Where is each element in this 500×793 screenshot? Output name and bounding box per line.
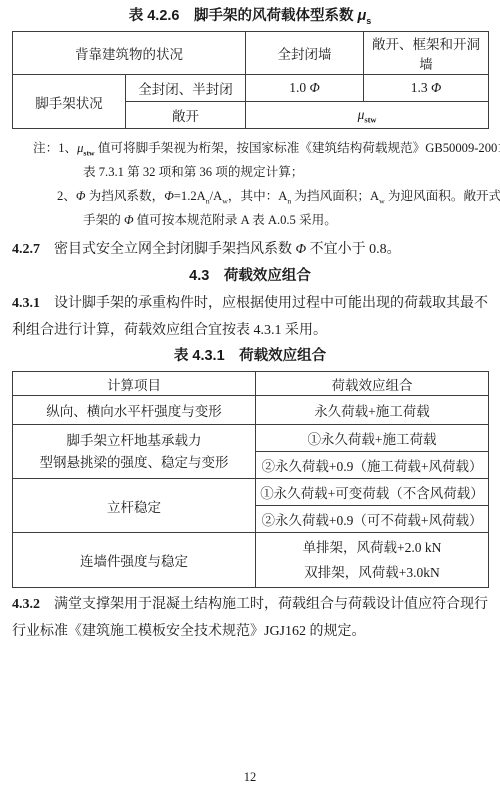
table1-open-value: μstw bbox=[246, 102, 489, 129]
table2-row2-item-line1: 脚手架立杆地基承载力 bbox=[16, 430, 252, 452]
table2-row2-item-line2: 型钢悬挑梁的强度、稳定与变形 bbox=[16, 452, 252, 474]
table2-row-horizontal-members: 纵向、横向水平杆强度与变形 永久荷载+施工荷载 bbox=[13, 396, 489, 425]
table2-row1-combination: 永久荷载+施工荷载 bbox=[256, 396, 489, 425]
table2-row3-combination-a: ①永久荷载+可变荷载（不含风荷载） bbox=[256, 479, 489, 506]
table1-scaffold-status-label: 脚手架状况 bbox=[13, 75, 126, 129]
clause-4-2-7: 4.2.7 密目式安全立网全封闭脚手架挡风系数 Φ 不宜小于 0.8。 bbox=[12, 237, 488, 263]
table2-row2-combination-b: ②永久荷载+0.9（施工荷载+风荷载） bbox=[256, 452, 489, 479]
table1-row-enclosed: 脚手架状况 全封闭、半封闭 1.0 Φ 1.3 Φ bbox=[13, 75, 489, 102]
table1-header-backing: 背靠建筑物的状况 bbox=[13, 32, 246, 75]
table2-row3-combination-b: ②永久荷载+0.9（可不荷载+风荷载） bbox=[256, 506, 489, 533]
table2-row-wall-ties: 连墙件强度与稳定 单排架，风荷载+2.0 kN 双排架，风荷载+3.0kN bbox=[13, 533, 489, 588]
table2-header-item: 计算项目 bbox=[13, 372, 256, 396]
page-number: 12 bbox=[0, 770, 500, 785]
section-4-3-heading: 4.3 荷载效应组合 bbox=[12, 266, 488, 287]
table2-row3-item: 立杆稳定 bbox=[13, 479, 256, 533]
table1-enclosed-closed-value: 1.0 Φ bbox=[246, 75, 364, 102]
table1-title: 表 4.2.6 脚手架的风荷载体型系数 μs bbox=[12, 6, 488, 26]
table1-enclosed-open-value: 1.3 Φ bbox=[364, 75, 489, 102]
document-page: 表 4.2.6 脚手架的风荷载体型系数 μs 背靠建筑物的状况 全封闭墙 敞开、… bbox=[0, 0, 500, 793]
table1-enclosed-label: 全封闭、半封闭 bbox=[126, 75, 246, 102]
note-1-line-1: 注：1、μstw 值可将脚手架视为桁架，按国家标准《建筑结构荷载规范》GB500… bbox=[12, 136, 488, 160]
table2-header-row: 计算项目 荷载效应组合 bbox=[13, 372, 489, 396]
note-2-line-1: 2、Φ 为挡风系数，Φ=1.2An/Aw，其中：An 为挡风面积；Aw 为迎风面… bbox=[12, 184, 488, 208]
table2-row4-combination: 单排架，风荷载+2.0 kN 双排架，风荷载+3.0kN bbox=[256, 533, 489, 588]
table2-row4-combination-line2: 双排架，风荷载+3.0kN bbox=[259, 560, 485, 585]
table2-row4-combination-line1: 单排架，风荷载+2.0 kN bbox=[259, 535, 485, 560]
table1-open-label: 敞开 bbox=[126, 102, 246, 129]
clause-4-3-1: 4.3.1 设计脚手架的承重构件时，应根据使用过程中可能出现的荷载取其最不利组合… bbox=[12, 290, 488, 344]
table1-header-row: 背靠建筑物的状况 全封闭墙 敞开、框架和开洞墙 bbox=[13, 32, 489, 75]
note-1-line-2: 表 7.3.1 第 32 项和第 36 项的规定计算； bbox=[12, 160, 488, 184]
table2-load-effect-combinations: 计算项目 荷载效应组合 纵向、横向水平杆强度与变形 永久荷载+施工荷载 脚手架立… bbox=[12, 371, 489, 588]
table1-wind-load-coefficients: 背靠建筑物的状况 全封闭墙 敞开、框架和开洞墙 脚手架状况 全封闭、半封闭 1.… bbox=[12, 31, 489, 129]
table2-row-foundation-a: 脚手架立杆地基承载力 型钢悬挑梁的强度、稳定与变形 ①永久荷载+施工荷载 bbox=[13, 425, 489, 452]
note-2-line-2: 手架的 Φ 值可按本规范附录 A 表 A.0.5 采用。 bbox=[12, 208, 488, 232]
table1-notes: 注：1、μstw 值可将脚手架视为桁架，按国家标准《建筑结构荷载规范》GB500… bbox=[12, 136, 488, 232]
table2-row4-item: 连墙件强度与稳定 bbox=[13, 533, 256, 588]
table2-row1-item: 纵向、横向水平杆强度与变形 bbox=[13, 396, 256, 425]
table2-row2-combination-a: ①永久荷载+施工荷载 bbox=[256, 425, 489, 452]
table2-title: 表 4.3.1 荷载效应组合 bbox=[12, 346, 488, 366]
table1-header-closed-wall: 全封闭墙 bbox=[246, 32, 364, 75]
table2-header-combination: 荷载效应组合 bbox=[256, 372, 489, 396]
clause-4-3-2: 4.3.2 满堂支撑架用于混凝土结构施工时，荷载组合与荷载设计值应符合现行行业标… bbox=[12, 591, 488, 645]
table2-row2-item: 脚手架立杆地基承载力 型钢悬挑梁的强度、稳定与变形 bbox=[13, 425, 256, 479]
table2-row-post-stability-a: 立杆稳定 ①永久荷载+可变荷载（不含风荷载） bbox=[13, 479, 489, 506]
table1-header-open-wall: 敞开、框架和开洞墙 bbox=[364, 32, 489, 75]
